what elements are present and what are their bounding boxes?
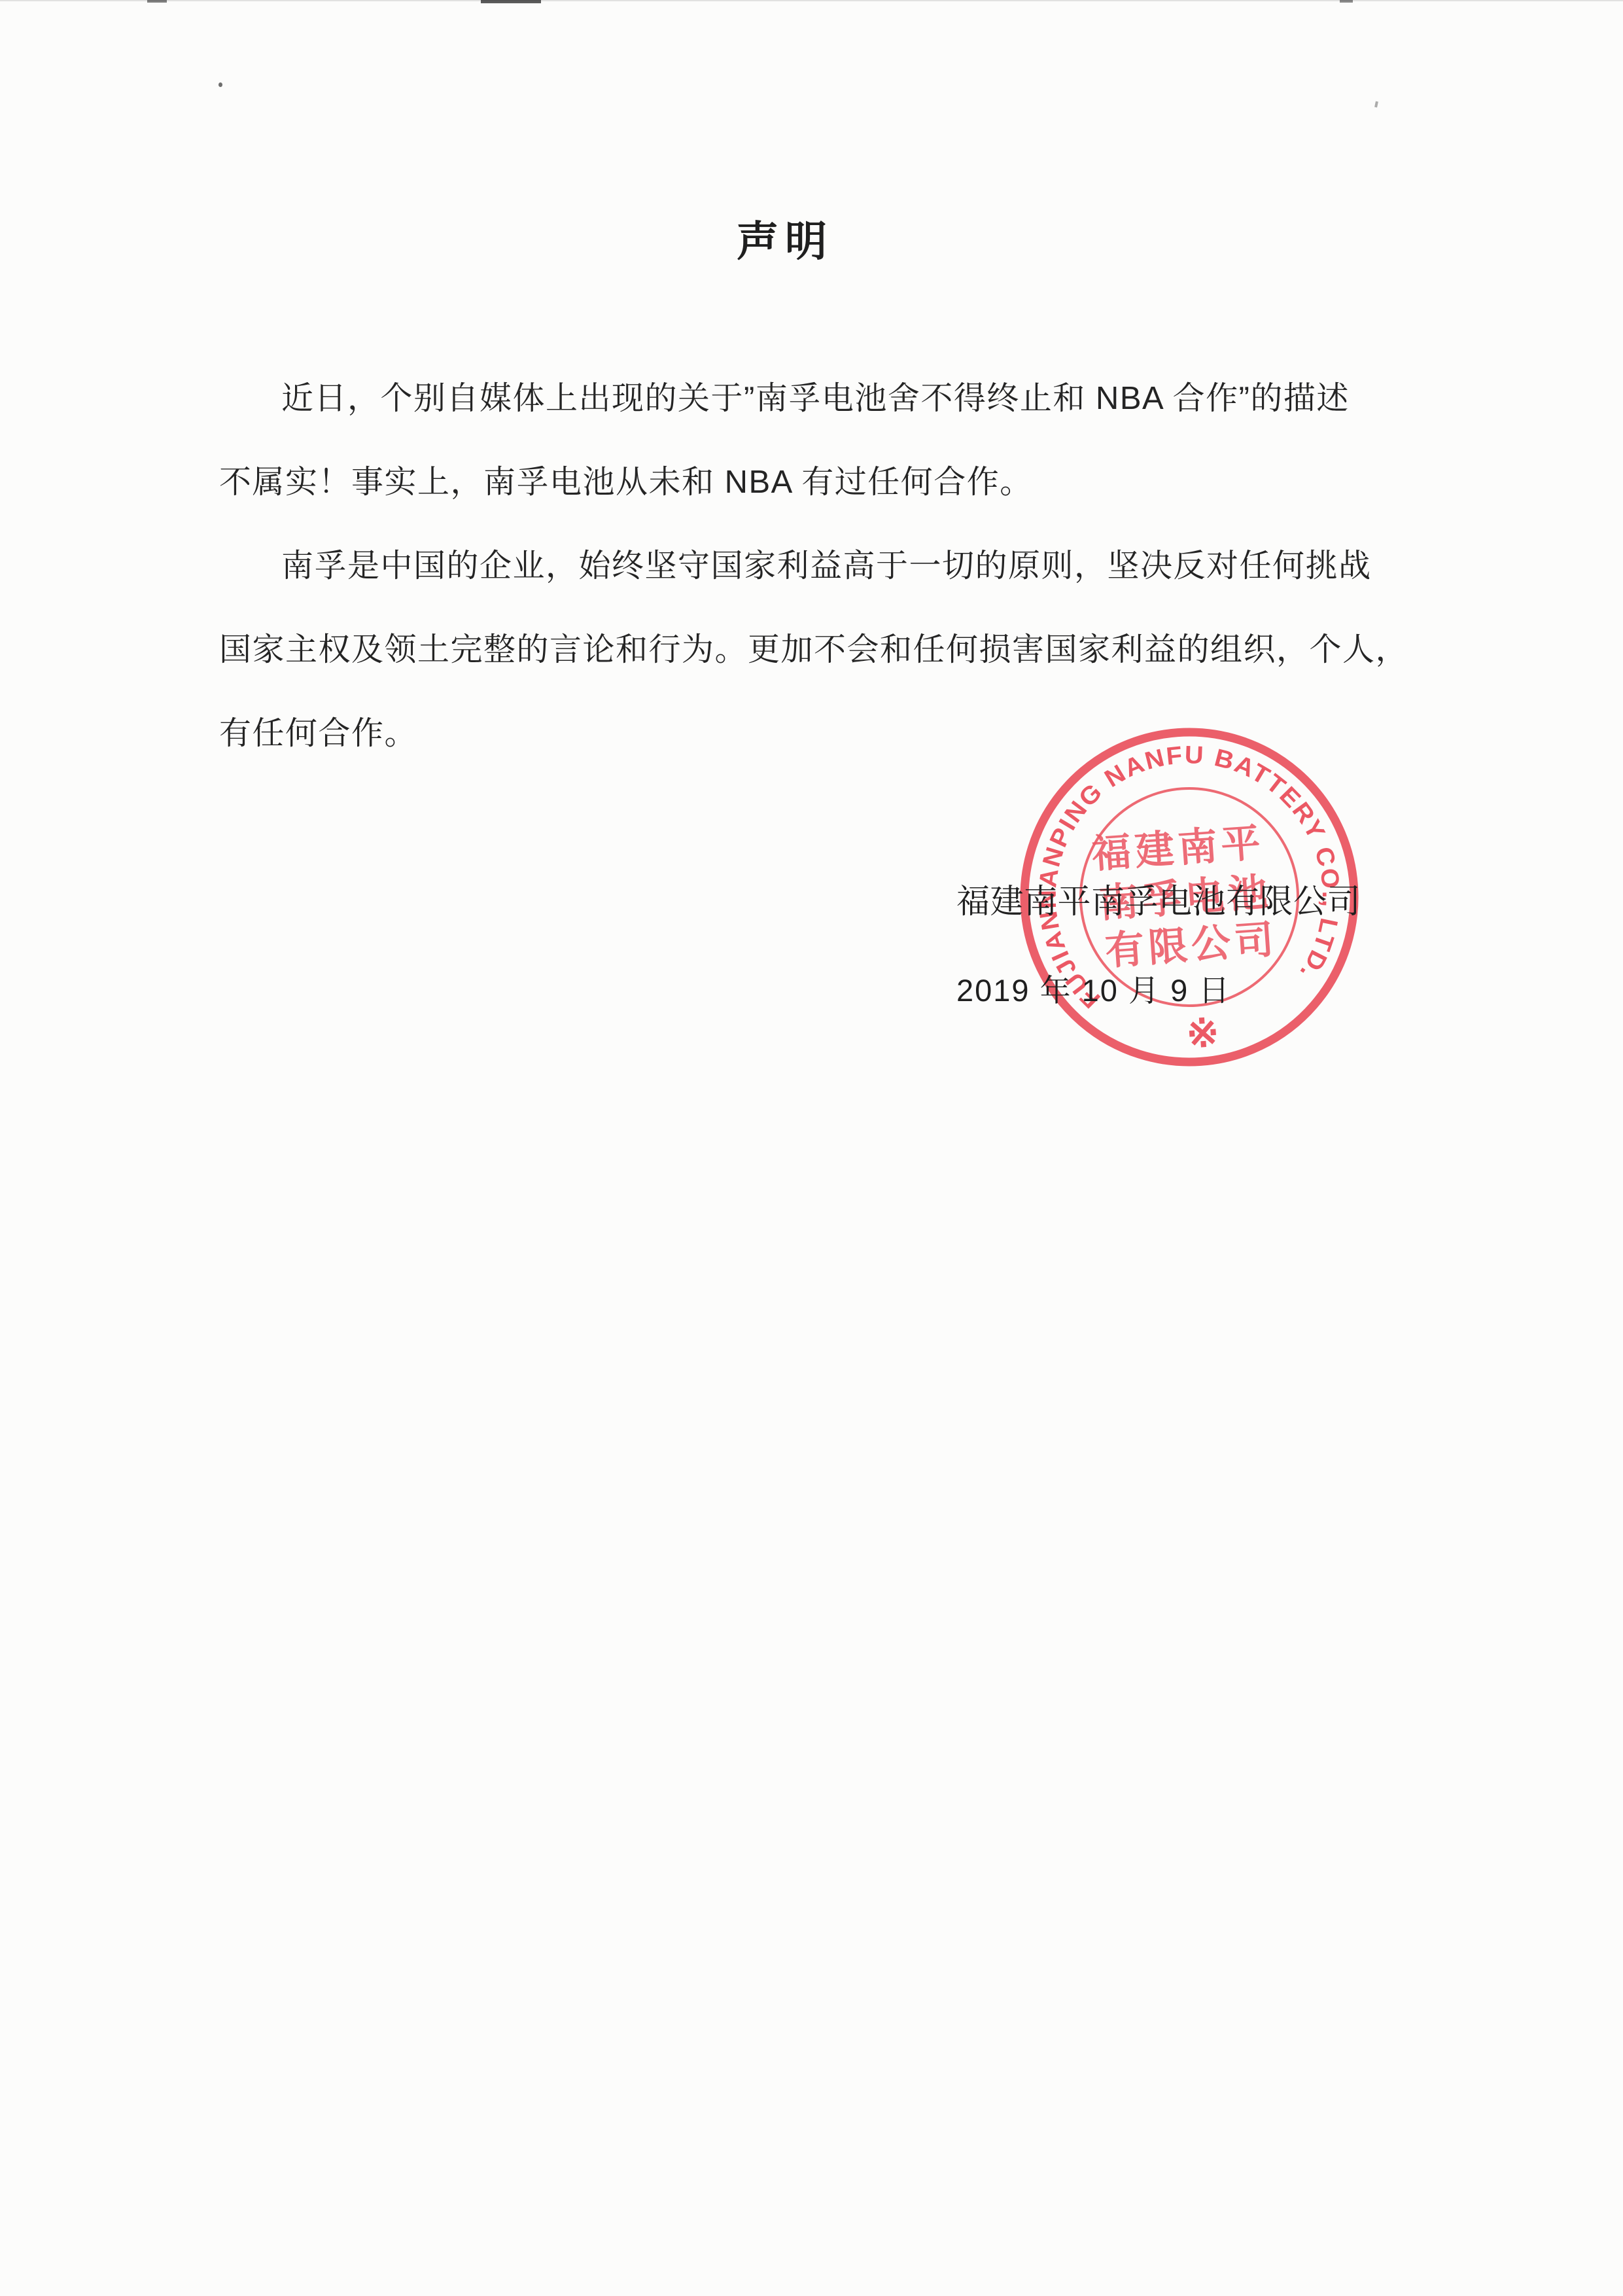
stamp-bottom-symbol: ※ xyxy=(1185,1010,1221,1056)
paragraph-line: 南孚是中国的企业，始终坚守国家利益高于一切的原则，坚决反对任何挑战 xyxy=(281,550,1372,582)
scanned-document-page: 声明 近日，个别自媒体上出现的关于”南孚电池舍不得终止和 NBA 合作”的描述 … xyxy=(0,0,1623,2296)
stamp-name-line-3: 有限公司 xyxy=(1104,918,1279,973)
paragraph-line: 国家主权及领土完整的言论和行为。更加不会和任何损害国家利益的组织，个人， xyxy=(219,634,1408,666)
scan-edge-mark xyxy=(481,0,541,3)
scan-speck xyxy=(1374,101,1378,108)
paragraph-line: 不属实！事实上，南孚电池从未和 NBA 有过任何合作。 xyxy=(219,467,1033,499)
scan-edge-line xyxy=(0,0,1623,1)
signature-date: 2019 年 10 月 9 日 xyxy=(956,975,1230,1006)
scan-edge-mark xyxy=(1340,0,1353,3)
paragraph-line: 近日，个别自媒体上出现的关于”南孚电池舍不得终止和 NBA 合作”的描述 xyxy=(281,383,1350,415)
document-title: 声明 xyxy=(737,208,833,268)
stamp-name-line-1: 福建南平 xyxy=(1091,821,1266,876)
scan-speck xyxy=(218,82,222,87)
scan-edge-mark xyxy=(147,0,167,3)
signature-company-name: 福建南平南孚电池有限公司 xyxy=(956,885,1361,918)
paragraph-line: 有任何合作。 xyxy=(219,718,417,750)
